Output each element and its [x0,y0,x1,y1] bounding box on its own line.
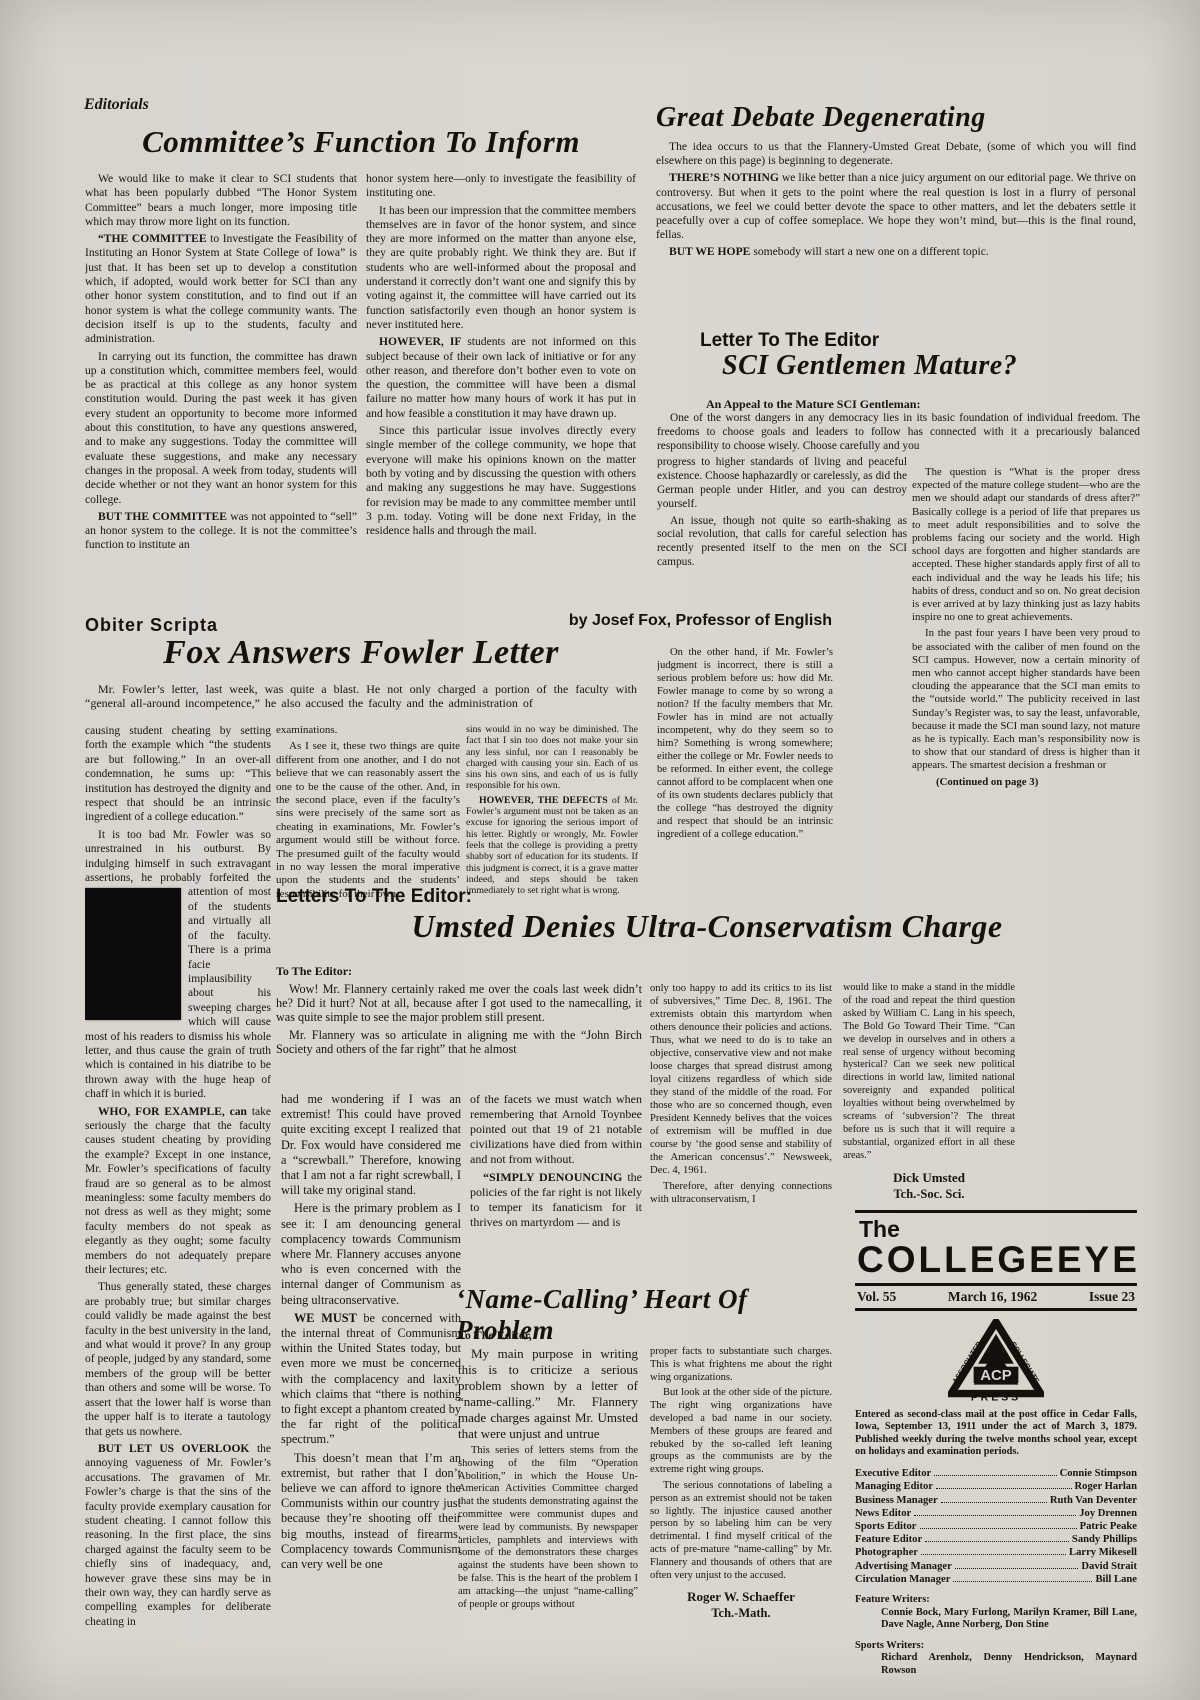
feature-writers-names: Connie Bock, Mary Furlong, Marilyn Krame… [855,1607,1137,1632]
paragraph: of the facets we must watch when remembe… [470,1092,642,1167]
masthead-top-rule [855,1210,1137,1213]
umsted-column-2: of the facets we must watch when remembe… [470,1092,642,1292]
paragraph: proper facts to substantiate such charge… [650,1346,832,1384]
paragraph: WE MUSTbe concerned with the internal th… [281,1311,461,1448]
paragraph: Therefore, after denying connections wit… [650,1180,832,1206]
namecalling-signature-title: Tch.-Math. [650,1607,832,1620]
umsted-letter-title: Umsted Denies Ultra-Conservatism Charge [276,908,1138,945]
paragraph: It has been our impression that the comm… [366,204,636,333]
paragraph: Here is the primary problem as I see it:… [281,1201,461,1307]
sci-letter-right-column: The question is “What is the proper dres… [912,466,1140,792]
paragraph: examinations. [276,724,460,737]
issue: Issue 23 [1089,1289,1135,1305]
staff-row: Managing EditorRoger Harlan [855,1480,1137,1493]
masthead-the: The [859,1217,1137,1241]
umsted-column-3: only too happy to add its critics to its… [650,982,832,1290]
umsted-letter-intro: Wow! Mr. Flannery certainly raked me ove… [276,982,642,1059]
letter-writer-photo [85,888,181,1020]
newspaper-page: Editorials Committee’s Function To Infor… [0,0,1200,1700]
svg-text:PRESS: PRESS [971,1392,1021,1401]
sports-writers-label: Sports Writers: [855,1640,1137,1653]
umsted-signature: Dick Umsted [843,1172,1015,1185]
umsted-letter-kicker: Letters To The Editor: [276,886,472,908]
date: March 16, 1962 [948,1289,1037,1305]
paragraph: Mr. Fowler’s letter, last week, was quit… [85,682,637,710]
namecalling-column-1: My main purpose in writing this is to cr… [458,1346,638,1700]
paragraph: Wow! Mr. Flannery certainly raked me ove… [276,982,642,1025]
committee-column-1: We would like to make it clear to SCI st… [85,172,357,614]
acp-press-logo: ACP PRESS ASSOCIATED COLLEGIATE [855,1311,1137,1405]
paragraph: BUT THE COMMITTEEwas not appointed to “s… [85,510,357,553]
paragraph: THERE’S NOTHINGwe like better than a nic… [656,171,1136,242]
paragraph: My main purpose in writing this is to cr… [458,1346,638,1442]
feature-writers: Feature Writers: Connie Bock, Mary Furlo… [855,1594,1137,1632]
staff-row: News EditorJoy Drennen [855,1507,1137,1520]
paragraph: Mr. Flannery was so articulate in aligni… [276,1028,642,1056]
debate-article-body: The idea occurs to us that the Flannery-… [656,140,1136,322]
staff-row: Advertising ManagerDavid Strait [855,1560,1137,1573]
staff-row: Executive EditorConnie Stimpson [855,1467,1137,1480]
paragraph: “SIMPLY DENOUNCINGthe policies of the fa… [470,1170,642,1230]
feature-writers-label: Feature Writers: [855,1594,1137,1607]
paragraph: This series of letters stems from the sh… [458,1445,638,1611]
namecalling-salutation: To The Editor, [458,1328,532,1343]
sci-letter-kicker: Letter To The Editor [700,330,879,352]
sports-writers: Sports Writers: Richard Arenholz, Denny … [855,1640,1137,1678]
paragraph: BUT LET US OVERLOOKthe annoying vaguenes… [85,1442,271,1629]
paragraph: The serious connotations of labeling a p… [650,1480,832,1582]
sci-letter-title: SCI Gentlemen Mature? [722,350,1017,382]
sci-letter-salutation: An Appeal to the Mature SCI Gentleman: [706,397,920,412]
paragraph: One of the worst dangers in any democrac… [657,412,1140,453]
paragraph: Thus generally stated, these charges are… [85,1280,271,1438]
fox-article-byline: by Josef Fox, Professor of English [540,612,832,630]
paragraph: BUT WE HOPEsomebody will start a new one… [656,245,1136,259]
paragraph: “THE COMMITTEEto Investigate the Feasibi… [85,232,357,346]
fox-column-1: causing student cheating by setting fort… [85,724,271,1700]
masthead-volume-line: Vol. 55 March 16, 1962 Issue 23 [855,1286,1137,1308]
namecalling-signature: Roger W. Schaeffer [650,1591,832,1604]
staff-row: Sports EditorPatric Peake [855,1520,1137,1533]
paragraph: The idea occurs to us that the Flannery-… [656,140,1136,168]
section-label-editorials: Editorials [84,96,149,114]
fox-article-kicker: Obiter Scripta [85,615,218,636]
paragraph: HOWEVER, IFstudents are not informed on … [366,335,636,421]
staff-row: Circulation ManagerBill Lane [855,1573,1137,1586]
paragraph: causing student cheating by setting fort… [85,724,271,825]
paragraph: sins would in no way be diminished. The … [466,724,638,792]
masthead-name: COLLEGE EYE [857,1241,1137,1279]
paragraph: In carrying out its function, the commit… [85,350,357,507]
sports-writers-names: Richard Arenholz, Denny Hendrickson, May… [855,1652,1137,1677]
continued-notice: (Continued on page 3) [912,776,1140,789]
fox-column-4: On the other hand, if Mr. Fowler’s judgm… [657,646,833,884]
paragraph: only too happy to add its critics to its… [650,982,832,1177]
paragraph: It is too bad Mr. Fowler was so unrestra… [85,828,271,1102]
staff-row: Feature EditorSandy Phillips [855,1533,1137,1546]
paragraph: An issue, though not quite so earth-shak… [657,515,907,570]
staff-row: PhotographerLarry Mikesell [855,1546,1137,1559]
staff-list: Executive EditorConnie Stimpson Managing… [855,1467,1137,1586]
paragraph: But look at the other side of the pictur… [650,1387,832,1477]
paragraph: HOWEVER, THE DEFECTSof Mr. Fowler’s argu… [466,795,638,897]
namecalling-column-2: proper facts to substantiate such charge… [650,1346,832,1623]
paragraph: WHO, FOR EXAMPLE, cantake seriously the … [85,1105,271,1278]
sci-letter-left-column: progress to higher standards of living a… [657,456,907,569]
paragraph: progress to higher standards of living a… [657,456,907,511]
paragraph: honor system here—only to investigate th… [366,172,636,201]
fox-article-intro: Mr. Fowler’s letter, last week, was quit… [85,682,637,713]
second-class-mail-notice: Entered as second-class mail at the post… [855,1409,1137,1458]
volume: Vol. 55 [857,1289,896,1305]
paragraph: The question is “What is the proper dres… [912,466,1140,624]
paragraph: This doesn’t mean that I’m an extremist,… [281,1451,461,1573]
paragraph: In the past four years I have been very … [912,627,1140,772]
svg-text:ACP: ACP [980,1368,1012,1384]
umsted-letter-salutation: To The Editor: [276,964,352,979]
paragraph: had me wondering if I was an extremist! … [281,1092,461,1198]
staff-row: Business ManagerRuth Van Deventer [855,1494,1137,1507]
paragraph: would like to make a stand in the middle… [843,982,1015,1163]
fox-article-title: Fox Answers Fowler Letter [85,634,637,672]
paragraph: We would like to make it clear to SCI st… [85,172,357,229]
debate-article-title: Great Debate Degenerating [656,102,1138,134]
paragraph: As I see it, these two things are quite … [276,740,460,901]
committee-column-2: honor system here—only to investigate th… [366,172,636,614]
masthead: The COLLEGE EYE Vol. 55 March 16, 1962 I… [855,1210,1137,1678]
umsted-signature-title: Tch.-Soc. Sci. [843,1188,1015,1201]
umsted-column-4: would like to make a stand in the middle… [843,982,1015,1204]
paragraph: Since this particular issue involves dir… [366,424,636,538]
umsted-column-1: had me wondering if I was an extremist! … [281,1092,461,1700]
committee-article-title: Committee’s Function To Inform [85,124,637,160]
paragraph: On the other hand, if Mr. Fowler’s judgm… [657,646,833,841]
